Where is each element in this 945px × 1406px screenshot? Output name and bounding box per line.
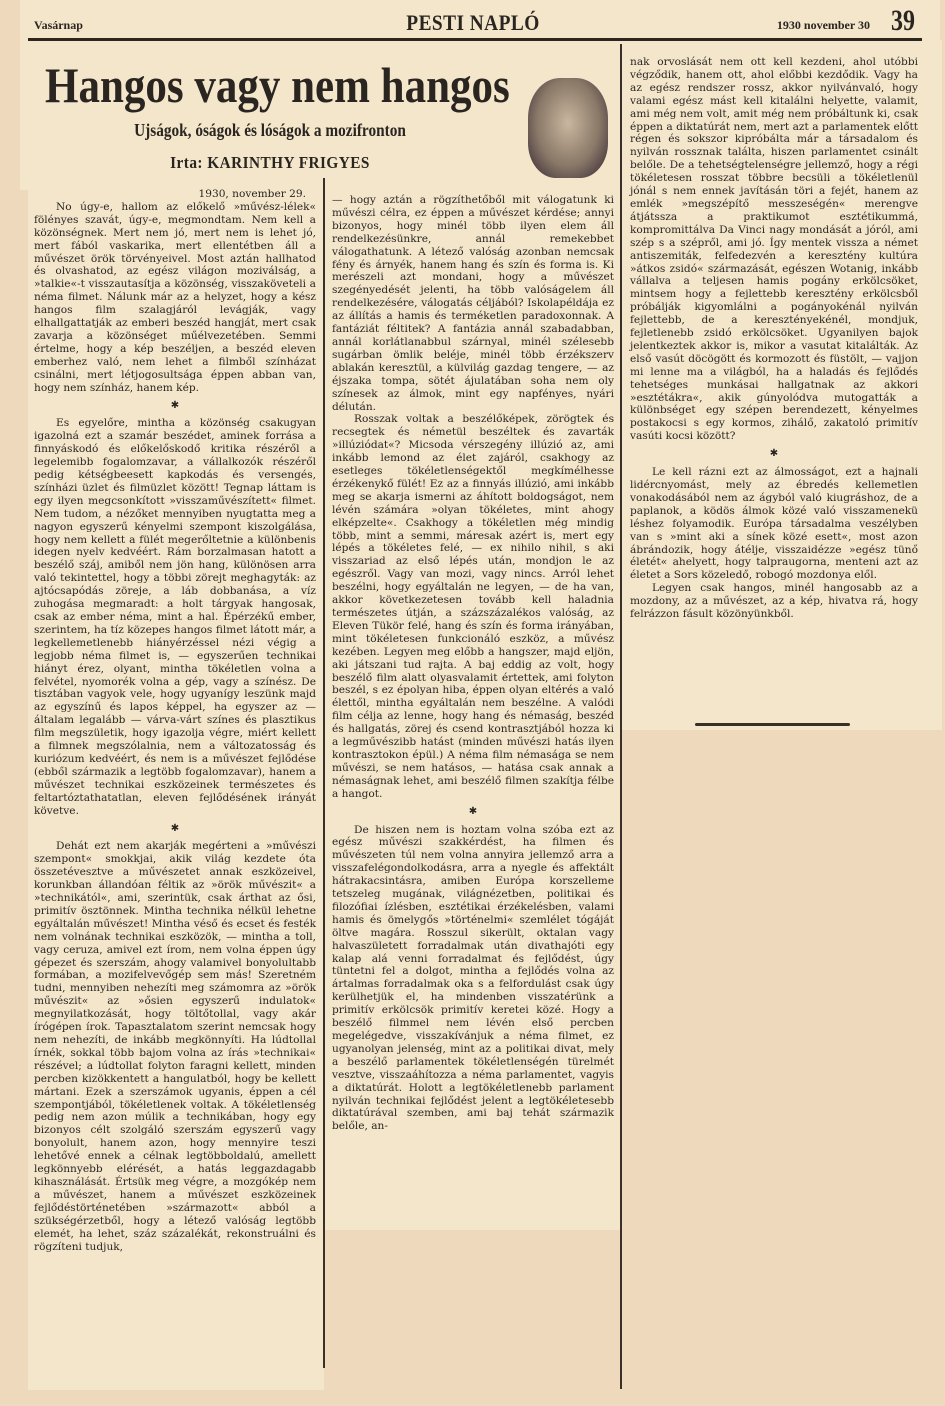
article-subtitle: Ujságok, óságok és lóságok a mozifronton [66,120,474,141]
paragraph: Rosszak voltak a beszélőképek, zörögtek … [332,413,614,800]
paragraph: De hiszen nem is hoztam volna szóba ezt … [332,824,614,1134]
header-rule [28,38,922,41]
author-portrait-image [528,78,608,178]
section-separator-icon: ✱ [630,448,918,461]
paragraph: Le kell rázni ezt az álmosságot, ezt a h… [630,466,918,582]
paragraph: Es egyelőre, mintha a közönség csakugyan… [34,417,316,817]
article-dateline: 1930, november 29. [34,188,306,201]
article-title: Hangos vagy nem hangos [45,58,475,112]
article-column-1: 1930, november 29. No úgy-e, hallom az e… [34,188,316,1253]
paragraph: Legyen csak hangos, minél hangosabb az a… [630,582,918,621]
column-divider-right [620,44,622,1389]
section-separator-icon: ✱ [332,806,614,819]
column-divider-left [323,178,325,1368]
header-day: Vasárnap [34,18,83,33]
section-separator-icon: ✱ [34,400,316,413]
article-byline: Irta: KARINTHY FRIGYES [54,153,486,173]
article-column-3: nak orvoslását nem ott kell kezdeni, aho… [630,56,918,621]
page-number: 39 [891,4,915,38]
paragraph: — hogy aztán a rögzíthetőből mit válogat… [332,194,614,413]
newspaper-page: Vasárnap PESTI NAPLÓ 1930 november 30 39… [0,0,945,1406]
paragraph: Dehát ezt nem akarják megérteni a »művés… [34,840,316,1253]
article-column-2: — hogy aztán a rögzíthetőből mit válogat… [332,194,614,1133]
section-separator-icon: ✱ [34,823,316,836]
paragraph: No úgy-e, hallom az előkelő »művész-léle… [34,201,316,395]
article-heading: Hangos vagy nem hangos Ujságok, óságok é… [30,58,510,173]
page-header: Vasárnap PESTI NAPLÓ 1930 november 30 39 [28,6,918,36]
header-date: 1930 november 30 [777,18,870,33]
article-end-rule [695,723,850,726]
paragraph: nak orvoslását nem ott kell kezdeni, aho… [630,56,918,443]
newspaper-name: PESTI NAPLÓ [81,10,864,36]
